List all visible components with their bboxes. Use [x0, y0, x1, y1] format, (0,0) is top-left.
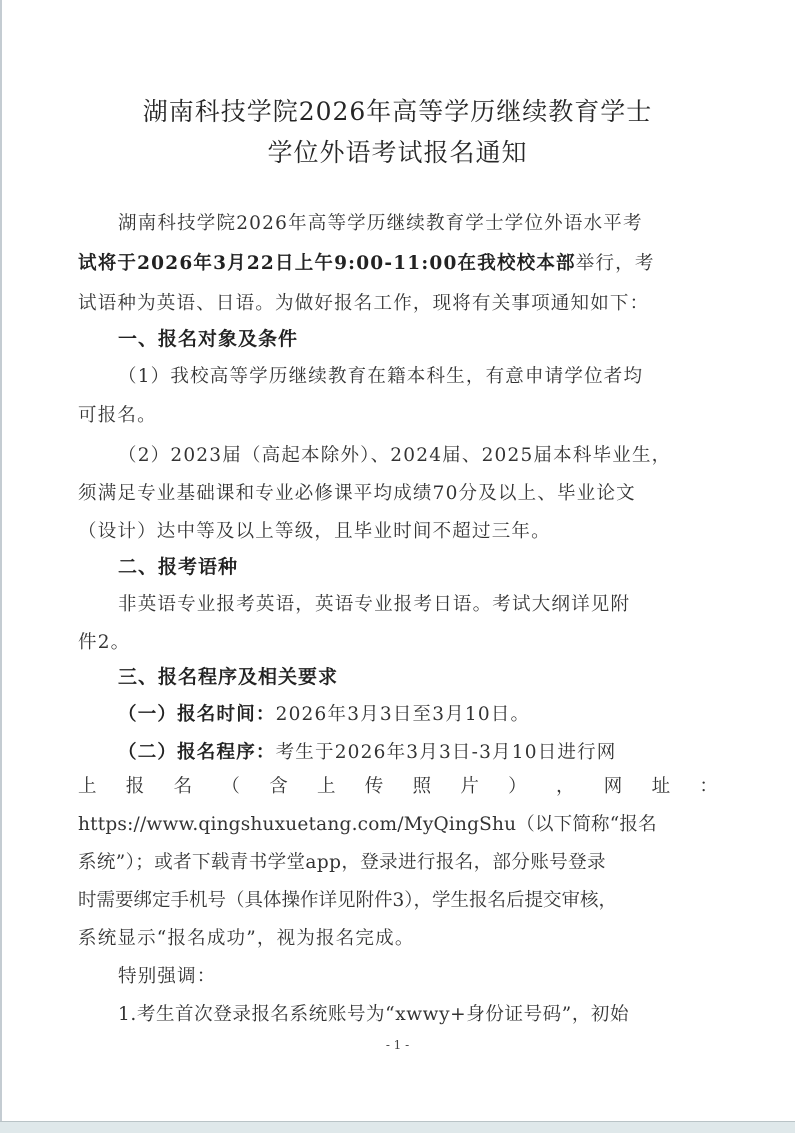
intro-line-2: 试将于2026年3月22日上午9:00-11:00在我校校本部举行，考 [78, 249, 718, 275]
section-3-heading: 三、报名程序及相关要求 [118, 662, 718, 689]
section-1-item-2-line-1: （2）2023届（高起本除外）、2024届、2025届本科毕业生， [118, 441, 718, 467]
spread-char: 报 [126, 772, 145, 798]
section-1-item-1-line-1: （1）我校高等学历继续教育在籍本科生，有意申请学位者均 [118, 362, 718, 388]
spread-char: 上 [78, 772, 97, 798]
section-3-spread-line: 上 报 名 （ 含 上 传 照 片 ） ， 网 址 ： [78, 772, 718, 798]
intro-exam-time-location: 试将于2026年3月22日上午9:00-11:00在我校校本部 [78, 253, 576, 274]
viewer-bottom-strip [0, 1121, 795, 1133]
special-emphasis-heading: 特别强调： [118, 962, 718, 988]
document-title-line-2: 学位外语考试报名通知 [0, 133, 795, 169]
intro-line-3: 试语种为英语、日语。为做好报名工作，现将有关事项通知如下： [78, 289, 718, 315]
section-3-line-a: 系统”）；或者下载青书学堂app，登录进行报名，部分账号登录 [78, 848, 718, 874]
spread-char: 网 [604, 772, 623, 798]
section-3-sub-2: （二）报名程序：考生于2026年3月3日-3月10日进行网 [118, 738, 718, 764]
section-3-sub-1: （一）报名时间：2026年3月3日至3月10日。 [118, 700, 718, 726]
spread-char: （ [221, 772, 240, 798]
section-2-heading: 二、报考语种 [118, 552, 718, 579]
registration-time-value: 2026年3月3日至3月10日。 [276, 704, 531, 725]
intro-line-2-tail: 举行，考 [576, 253, 655, 274]
registration-url-line: https://www.qingshuxuetang.com/MyQingShu… [78, 810, 718, 836]
intro-line-1: 湖南科技学院2026年高等学历继续教育学士学位外语水平考 [118, 209, 718, 235]
registration-procedure-text: 考生于2026年3月3日-3月10日进行网 [276, 742, 617, 763]
registration-time-label: （一）报名时间： [118, 704, 276, 725]
section-1-item-1-line-2: 可报名。 [78, 401, 718, 427]
section-1-heading: 一、报名对象及条件 [118, 324, 718, 351]
spread-char: ） [508, 772, 527, 798]
spread-char: 含 [269, 772, 288, 798]
spread-char: 上 [317, 772, 336, 798]
section-1-item-2-line-3: （设计）达中等及以上等级，且毕业时间不超过三年。 [78, 517, 718, 543]
spread-char: 址 [652, 772, 671, 798]
section-2-line-1: 非英语专业报考英语，英语专业报考日语。考试大纲详见附 [118, 590, 718, 616]
section-3-line-b: 时需要绑定手机号（具体操作详见附件3），学生报名后提交审核， [78, 886, 718, 912]
section-3-line-c: 系统显示“报名成功”，视为报名完成。 [78, 924, 718, 950]
spread-char: 照 [413, 772, 432, 798]
page-number: - 1 - [0, 1038, 795, 1052]
spread-char: ： [699, 772, 718, 798]
section-1-item-2-line-2: 须满足专业基础课和专业必修课平均成绩70分及以上、毕业论文 [78, 479, 718, 505]
spread-char: 名 [174, 772, 193, 798]
registration-procedure-label: （二）报名程序： [118, 742, 276, 763]
spread-char: ， [556, 772, 575, 798]
section-2-line-2: 件2。 [78, 628, 718, 654]
special-emphasis-item-1: 1.考生首次登录报名系统账号为“xwwy+身份证号码”，初始 [118, 1000, 718, 1026]
spread-char: 片 [460, 772, 479, 798]
document-page: 湖南科技学院2026年高等学历继续教育学士 学位外语考试报名通知 湖南科技学院2… [0, 0, 795, 1121]
spread-char: 传 [365, 772, 384, 798]
document-title-line-1: 湖南科技学院2026年高等学历继续教育学士 [0, 92, 795, 128]
